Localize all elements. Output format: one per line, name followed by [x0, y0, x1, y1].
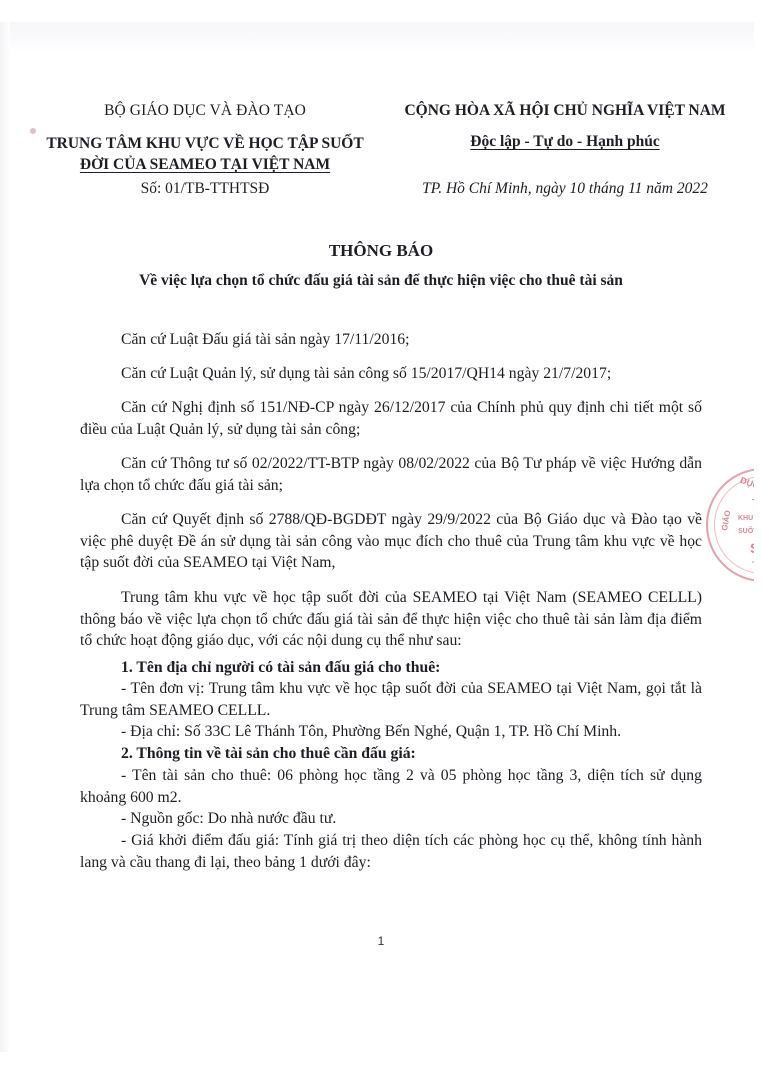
section-1-item-1: - Tên đơn vị: Trung tâm khu vực về học t…: [80, 678, 702, 721]
document-number: Số: 01/TB-TTHTSĐ: [30, 180, 380, 198]
section-1-heading: 1. Tên địa chỉ người có tài sản đấu giá …: [80, 657, 702, 679]
scan-shadow-top: [6, 22, 754, 52]
organization-name: TRUNG TÂM KHU VỰC VỀ HỌC TẬP SUỐT ĐỜI CỦ…: [30, 133, 380, 175]
ministry-name: BỘ GIÁO DỤC VÀ ĐÀO TẠO: [30, 102, 380, 120]
document-title: THÔNG BÁO: [0, 241, 762, 261]
section-2-heading: 2. Thông tin về tài sản cho thuê cần đấu…: [80, 743, 702, 765]
intro-paragraph: Trung tâm khu vực về học tập suốt đời củ…: [80, 587, 702, 652]
national-motto: Độc lập - Tự do - Hạnh phúc: [390, 133, 740, 151]
section-2-item-2: - Nguồn gốc: Do nhà nước đầu tư.: [80, 808, 702, 830]
page-edge: [754, 0, 762, 1082]
section-2-item-3: - Giá khởi điểm đấu giá: Tính giá trị th…: [80, 830, 702, 873]
document-subtitle: Về việc lựa chọn tổ chức đấu giá tài sản…: [0, 272, 762, 290]
scan-shadow-left: [0, 22, 10, 1052]
legal-basis-2: Căn cứ Luật Quản lý, sử dụng tài sản côn…: [80, 363, 702, 385]
organization-line-1: TRUNG TÂM KHU VỰC VỀ HỌC TẬP SUỐT: [30, 133, 380, 154]
section-1-item-2: - Địa chỉ: Số 33C Lê Thánh Tôn, Phường B…: [80, 721, 702, 743]
legal-basis-5: Căn cứ Quyết định số 2788/QĐ-BGDĐT ngày …: [80, 509, 702, 574]
organization-line-2: ĐỜI CỦA SEAMEO TẠI VIỆT NAM: [30, 154, 380, 175]
legal-basis-3: Căn cứ Nghị định số 151/NĐ-CP ngày 26/12…: [80, 397, 702, 440]
place-and-date: TP. Hồ Chí Minh, ngày 10 tháng 11 năm 20…: [390, 180, 740, 198]
republic-name: CỘNG HÒA XÃ HỘI CHỦ NGHĨA VIỆT NAM: [390, 102, 740, 120]
page-number: 1: [0, 934, 762, 948]
section-2-item-1: - Tên tài sản cho thuê: 06 phòng học tần…: [80, 765, 702, 808]
legal-basis-1: Căn cứ Luật Đấu giá tài sản ngày 17/11/2…: [80, 329, 702, 351]
legal-basis-4: Căn cứ Thông tư số 02/2022/TT-BTP ngày 0…: [80, 453, 702, 496]
